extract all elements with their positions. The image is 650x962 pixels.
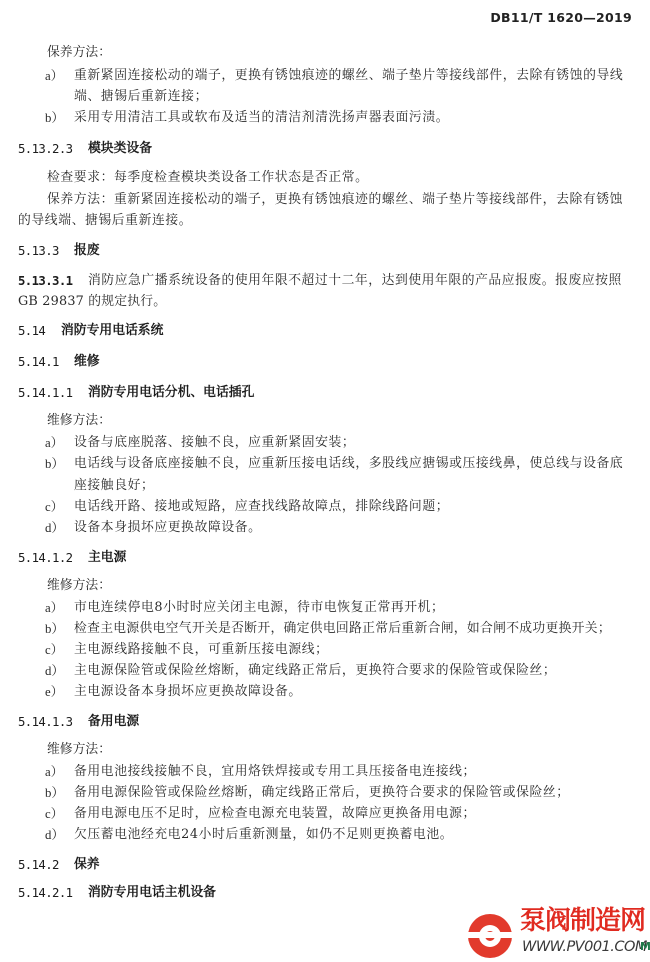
list-item: e） 主电源设备本身损坏应更换故障设备。 <box>0 682 650 702</box>
section-heading-5-14-1-2: 5.14.1.2 主电源 <box>0 548 650 568</box>
list-item-text: 电话线与设备底座接触不良，应重新压接电话线，多股线应搪锡或压接线鼻，使总线与设备… <box>74 454 623 474</box>
section-number: 5.13.2.3 <box>18 139 72 159</box>
section-title: 主电源 <box>88 548 126 568</box>
list-item-continuation: 座接触良好； <box>0 476 650 496</box>
clause-number: 5.13.3.1 <box>18 271 72 291</box>
section-number: 5.14.1.1 <box>18 383 72 403</box>
section-number: 5.14.2 <box>18 855 59 875</box>
maintenance-label-line: 保养方法： <box>0 43 650 63</box>
clause-continuation: GB 29837 的规定执行。 <box>0 292 650 312</box>
list-item: c） 主电源线路接触不良，可重新压接电源线； <box>0 640 650 660</box>
section-heading-5-14-2: 5.14.2 保养 <box>0 855 650 875</box>
list-item-text: 设备与底座脱落、接触不良，应重新紧固安装； <box>74 433 355 453</box>
section-title: 报废 <box>74 241 100 261</box>
list-item-text: 市电连续停电8小时时应关闭主电源，待市电恢复正常再开机； <box>74 598 444 618</box>
watermark-logo: 泵阀制造网 WWW.PV001.COM M <box>466 904 650 962</box>
repair-label-line: 维修方法： <box>0 740 650 760</box>
watermark-url: WWW.PV001.COM <box>522 938 647 956</box>
list-item-text: 设备本身损坏应更换故障设备。 <box>74 518 262 538</box>
list-item: d） 欠压蓄电池经充电24小时后重新测量，如仍不足则更换蓄电池。 <box>0 825 650 845</box>
document-page: DB11/T 1620—2019 保养方法： a） 重新紧固连接松动的端子，更换… <box>0 0 650 962</box>
list-item-text: 备用电池接线接触不良，宜用烙铁焊接或专用工具压接备电连接线； <box>74 762 476 782</box>
list-item-continuation: 端、搪锡后重新连接； <box>0 87 650 107</box>
list-item: b） 采用专用清洁工具或软布及适当的清洁剂清洗扬声器表面污渍。 <box>0 108 650 128</box>
list-item: c） 备用电源电压不足时，应检查电源充电装置，故障应更换备用电源； <box>0 804 650 824</box>
repair-method-label: 维修方法： <box>47 740 111 760</box>
paragraph: 保养方法：重新紧固连接松动的端子，更换有锈蚀痕迹的螺丝、端子垫片等接线部件，去除… <box>0 190 650 210</box>
section-heading-5-14-1-3: 5.14.1.3 备用电源 <box>0 712 650 732</box>
section-heading-5-13-3: 5.13.3 报废 <box>0 241 650 261</box>
section-title: 保养 <box>74 855 100 875</box>
list-marker: c） <box>45 640 63 660</box>
section-number: 5.14.1 <box>18 352 59 372</box>
list-marker: b） <box>45 108 64 128</box>
list-marker: a） <box>45 598 63 618</box>
list-item-text: 重新紧固连接松动的端子，更换有锈蚀痕迹的螺丝、端子垫片等接线部件，去除有锈蚀的导… <box>74 66 623 86</box>
paragraph-continuation: 的导线端、搪锡后重新连接。 <box>0 211 650 231</box>
list-marker: b） <box>45 783 64 803</box>
list-item-text: 电话线开路、接地或短路，应查找线路故障点，排除线路问题； <box>74 497 449 517</box>
list-item: b） 备用电源保险管或保险丝熔断，确定线路正常后，更换符合要求的保险管或保险丝； <box>0 783 650 803</box>
list-item-text: 欠压蓄电池经充电24小时后重新测量，如仍不足则更换蓄电池。 <box>74 825 453 845</box>
list-item: b） 检查主电源供电空气开关是否断开，确定供电回路正常后重新合闸，如合闸不成功更… <box>0 619 650 639</box>
section-number: 5.14 <box>18 321 45 341</box>
section-title: 消防专用电话主机设备 <box>88 883 216 903</box>
section-title: 消防专用电话系统 <box>61 321 163 341</box>
list-marker: c） <box>45 497 63 517</box>
list-item: d） 设备本身损坏应更换故障设备。 <box>0 518 650 538</box>
section-number: 5.14.1.2 <box>18 548 72 568</box>
list-item: c） 电话线开路、接地或短路，应查找线路故障点，排除线路问题； <box>0 497 650 517</box>
list-item: a） 市电连续停电8小时时应关闭主电源，待市电恢复正常再开机； <box>0 598 650 618</box>
logo-divider <box>466 932 514 938</box>
list-item: a） 设备与底座脱落、接触不良，应重新紧固安装； <box>0 433 650 453</box>
section-heading-5-14-2-1: 5.14.2.1 消防专用电话主机设备 <box>0 883 650 903</box>
list-marker: e） <box>45 682 63 702</box>
section-heading-5-14-1: 5.14.1 维修 <box>0 352 650 372</box>
list-item-text: 座接触良好； <box>74 476 154 496</box>
clause-5-13-3-1: 5.13.3.1 消防应急广播系统设备的使用年限不超过十二年，达到使用年限的产品… <box>0 271 650 291</box>
paragraph: 检查要求：每季度检查模块类设备工作状态是否正常。 <box>0 168 650 188</box>
clause-text: GB 29837 的规定执行。 <box>18 292 166 312</box>
list-marker: b） <box>45 454 64 474</box>
repair-method-label: 维修方法： <box>47 411 111 431</box>
watermark-suffix: M <box>640 940 650 953</box>
clause-text: 消防应急广播系统设备的使用年限不超过十二年，达到使用年限的产品应报废。报废应按照 <box>88 271 622 291</box>
list-item: a） 备用电池接线接触不良，宜用烙铁焊接或专用工具压接备电连接线； <box>0 762 650 782</box>
section-title: 消防专用电话分机、电话插孔 <box>88 383 254 403</box>
maintenance-method-label: 保养方法： <box>47 43 111 63</box>
maintenance-text: 保养方法：重新紧固连接松动的端子，更换有锈蚀痕迹的螺丝、端子垫片等接线部件，去除… <box>47 190 623 210</box>
list-marker: a） <box>45 762 63 782</box>
list-marker: a） <box>45 433 63 453</box>
section-heading-5-14: 5.14 消防专用电话系统 <box>0 321 650 341</box>
maintenance-text: 的导线端、搪锡后重新连接。 <box>18 211 192 231</box>
section-number: 5.13.3 <box>18 241 59 261</box>
list-marker: d） <box>45 661 64 681</box>
list-item: d） 主电源保险管或保险丝熔断，确定线路正常后，更换符合要求的保险管或保险丝； <box>0 661 650 681</box>
section-heading-5-13-2-3: 5.13.2.3 模块类设备 <box>0 139 650 159</box>
list-item-text: 备用电源保险管或保险丝熔断，确定线路正常后，更换符合要求的保险管或保险丝； <box>74 783 570 803</box>
repair-label-line: 维修方法： <box>0 411 650 431</box>
section-title: 模块类设备 <box>88 139 152 159</box>
list-marker: b） <box>45 619 64 639</box>
list-marker: a） <box>45 66 63 86</box>
section-number: 5.14.1.3 <box>18 712 72 732</box>
list-item-text: 主电源线路接触不良，可重新压接电源线； <box>74 640 329 660</box>
repair-label-line: 维修方法： <box>0 576 650 596</box>
repair-method-label: 维修方法： <box>47 576 111 596</box>
list-marker: d） <box>45 825 64 845</box>
list-item: a） 重新紧固连接松动的端子，更换有锈蚀痕迹的螺丝、端子垫片等接线部件，去除有锈… <box>0 66 650 86</box>
list-item: b） 电话线与设备底座接触不良，应重新压接电话线，多股线应搪锡或压接线鼻，使总线… <box>0 454 650 474</box>
list-item-text: 检查主电源供电空气开关是否断开，确定供电回路正常后重新合闸，如合闸不成功更换开关… <box>74 619 611 639</box>
list-marker: d） <box>45 518 64 538</box>
section-title: 备用电源 <box>88 712 139 732</box>
list-item-text: 采用专用清洁工具或软布及适当的清洁剂清洗扬声器表面污渍。 <box>74 108 449 128</box>
list-item-text: 主电源保险管或保险丝熔断，确定线路正常后，更换符合要求的保险管或保险丝； <box>74 661 556 681</box>
section-number: 5.14.2.1 <box>18 883 72 903</box>
list-item-text: 主电源设备本身损坏应更换故障设备。 <box>74 682 302 702</box>
list-marker: c） <box>45 804 63 824</box>
section-title: 维修 <box>74 352 100 372</box>
watermark-site-name: 泵阀制造网 <box>520 906 645 936</box>
check-requirement-text: 检查要求：每季度检查模块类设备工作状态是否正常。 <box>47 168 369 188</box>
section-heading-5-14-1-1: 5.14.1.1 消防专用电话分机、电话插孔 <box>0 383 650 403</box>
standard-number: DB11/T 1620—2019 <box>490 10 632 25</box>
list-item-text: 备用电源电压不足时，应检查电源充电装置，故障应更换备用电源； <box>74 804 476 824</box>
list-item-text: 端、搪锡后重新连接； <box>74 87 208 107</box>
